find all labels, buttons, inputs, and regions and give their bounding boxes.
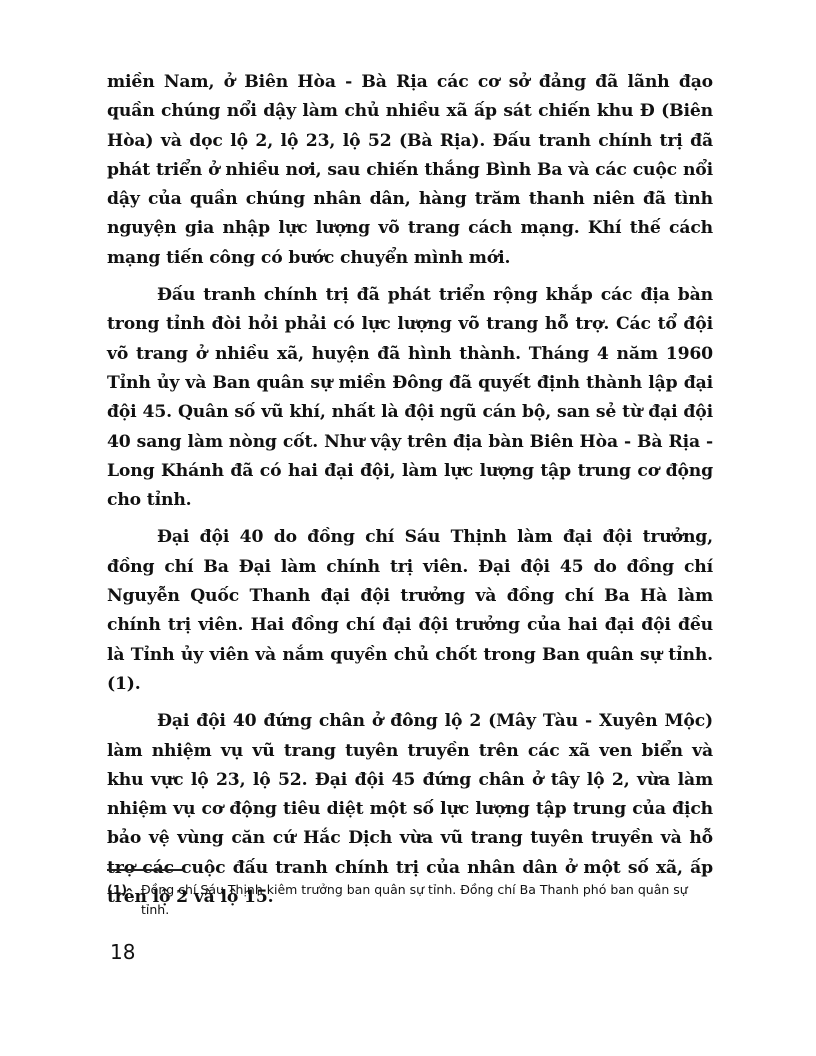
page-number: 18	[110, 940, 135, 964]
paragraph-1: miền Nam, ở Biên Hòa - Bà Rịa các cơ sở …	[107, 68, 713, 273]
footnote-divider	[107, 869, 185, 871]
footnote-text: Đồng chí Sáu Thịnh kiêm trưởng ban quân …	[141, 880, 713, 920]
paragraph-2: Đấu tranh chính trị đã phát triển rộng k…	[107, 281, 713, 515]
footnote-marker: (1)	[107, 880, 141, 920]
paragraph-3: Đại đội 40 do đồng chí Sáu Thịnh làm đại…	[107, 523, 713, 699]
footnote: (1) Đồng chí Sáu Thịnh kiêm trưởng ban q…	[107, 880, 713, 920]
page-body: miền Nam, ở Biên Hòa - Bà Rịa các cơ sở …	[107, 68, 713, 912]
